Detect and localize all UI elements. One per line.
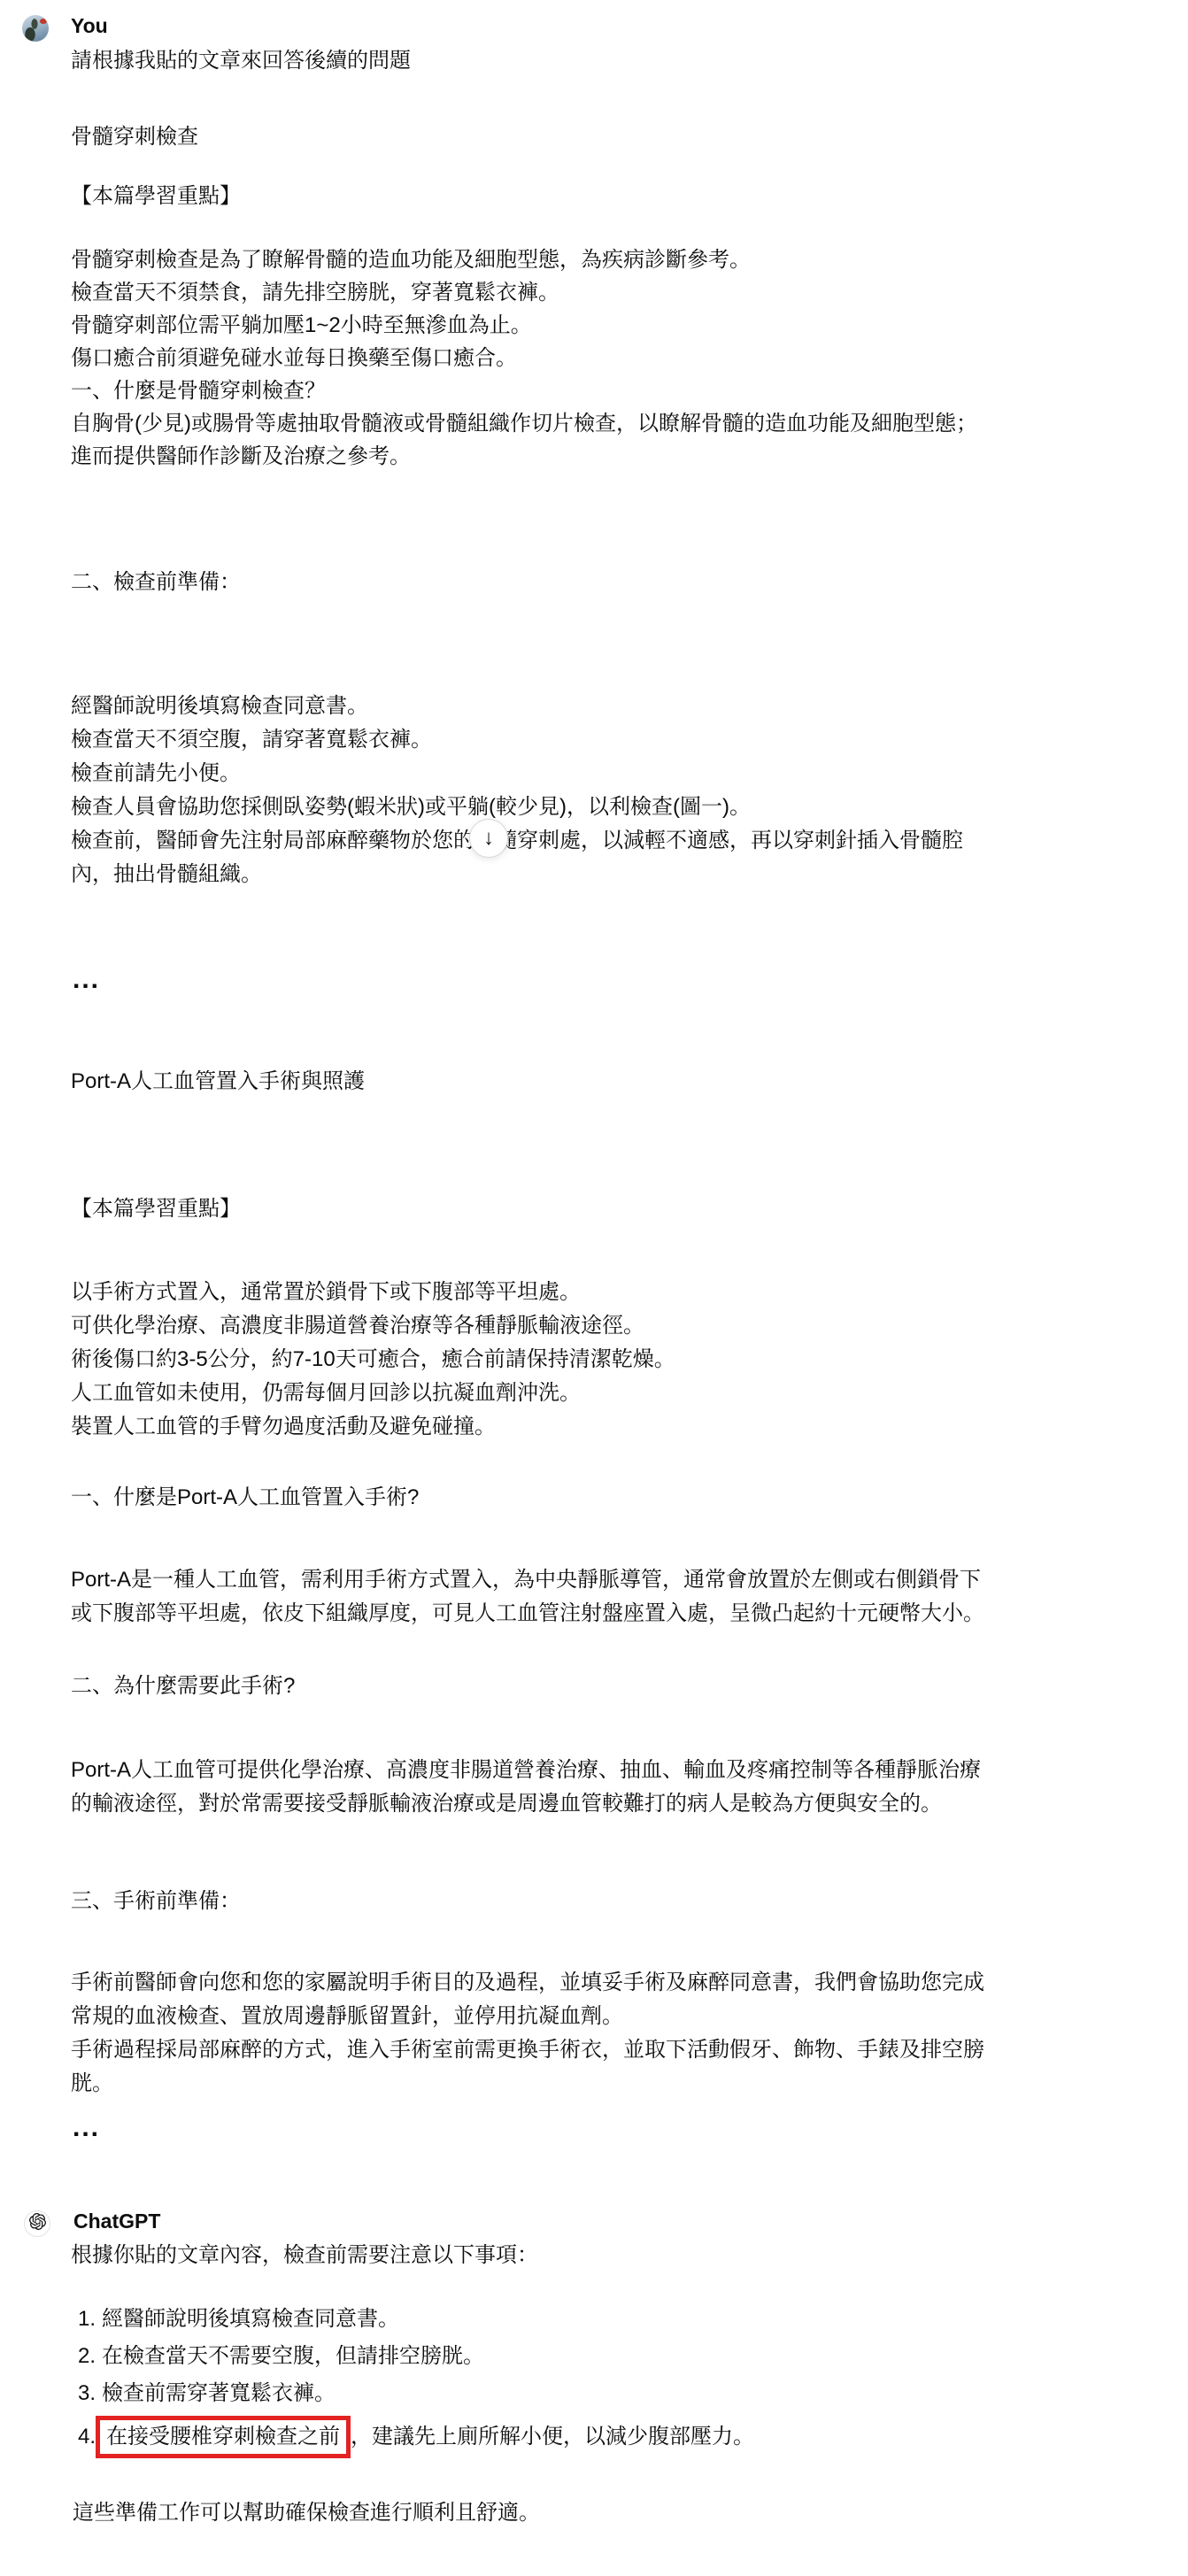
article-line: 手術過程採局部麻醉的方式，進入手術室前需更換手術衣，並取下活動假牙、飾物、手錶及… [71,2034,984,2066]
article-line: 胱。 [71,2068,113,2100]
article-line: 或下腹部等平坦處，依皮下組織厚度，可見人工血管注射盤座置入處，呈微凸起約十元硬幣… [71,1598,984,1630]
assistant-avatar [24,2210,50,2237]
article-section-heading: 一、什麼是骨髓穿刺檢查？ [71,375,326,407]
article-line: 檢查前請先小便。 [71,758,241,790]
article-keypoints-1: 【本篇學習重點】 [71,181,241,212]
article-line: 骨髓穿刺部位需平躺加壓1~2小時至無滲血為止。 [71,310,532,342]
user-intro-line: 請根據我貼的文章來回答後續的問題 [71,45,411,77]
article-line: 的輸液途徑，對於常需要接受靜脈輸液治療或是周邊血管較難打的病人是較為方便與安全的… [71,1788,942,1820]
article-line: 經醫師說明後填寫檢查同意書。 [71,690,368,722]
article-line: 自胸骨(少見)或腸骨等處抽取骨髓液或骨髓組織作切片檢查，以瞭解骨髓的造血功能及細… [71,408,977,440]
list-item-3: 3. 檢查前需穿著寬鬆衣褲。 [78,2378,336,2410]
article-line: Port-A是一種人工血管，需利用手術方式置入，為中央靜脈導管，通常會放置於左側… [71,1564,981,1596]
article-title-2: Port-A人工血管置入手術與照護 [71,1066,365,1098]
list-item-text: 在檢查當天不需要空腹，但請排空膀胱。 [102,2341,484,2372]
user-role-label: You [71,14,108,38]
user-avatar [22,15,49,42]
article-section-heading: 二、檢查前準備： [71,567,241,598]
assistant-outro: 這些準備工作可以幫助確保檢查進行順利且舒適。 [73,2497,540,2529]
article-section-heading: 二、為什麼需要此手術? [71,1670,295,1702]
list-item-number: 1. [78,2303,102,2335]
arrow-down-icon: ↓ [483,828,494,849]
article-title-1: 骨髓穿刺檢查 [71,121,198,153]
assistant-role-label: ChatGPT [73,2210,160,2233]
article-line: 內，抽出骨髓組織。 [71,859,262,891]
article-line: 傷口癒合前須避免碰水並每日換藥至傷口癒合。 [71,343,517,374]
article-line: 骨髓穿刺檢查是為了瞭解骨髓的造血功能及細胞型態，為疾病診斷參考。 [71,244,751,276]
scroll-to-bottom-button[interactable]: ↓ [469,819,508,858]
article-section-heading: 三、手術前準備： [71,1886,241,1917]
article-line: 檢查人員會協助您採側臥姿勢(蝦米狀)或平躺(較少見)，以利檢查(圖一)。 [71,791,751,823]
article-line: 手術前醫師會向您和您的家屬說明手術目的及過程，並填妥手術及麻醉同意書，我們會協助… [71,1967,984,1999]
ellipsis-separator: ... [73,2113,100,2143]
article-section-heading: 一、什麼是Port-A人工血管置入手術? [71,1482,419,1514]
article-line: 可供化學治療、高濃度非腸道營養治療等各種靜脈輸液途徑。 [71,1310,644,1342]
article-line: 檢查當天不須空腹，請穿著寬鬆衣褲。 [71,724,432,756]
list-item-number: 3. [78,2378,102,2410]
article-line: 術後傷口約3-5公分，約7-10天可癒合，癒合前請保持清潔乾燥。 [71,1344,675,1376]
openai-logo-icon [29,2213,46,2234]
article-line: Port-A人工血管可提供化學治療、高濃度非腸道營養治療、抽血、輸血及疼痛控制等… [71,1755,981,1786]
chat-conversation: You 請根據我貼的文章來回答後續的問題 骨髓穿刺檢查 【本篇學習重點】 骨髓穿… [0,0,1188,2576]
article-keypoints-2: 【本篇學習重點】 [71,1193,241,1225]
article-line: 檢查當天不須禁食，請先排空膀胱，穿著寬鬆衣褲。 [71,277,559,309]
list-item-1: 1. 經醫師說明後填寫檢查同意書。 [78,2303,399,2335]
article-line: 常規的血液檢查、置放周邊靜脈留置針，並停用抗凝血劑。 [71,2001,623,2032]
list-item-text: ，建議先上廁所解小便，以減少腹部壓力。 [351,2421,754,2453]
list-item-text: 經醫師說明後填寫檢查同意書。 [102,2303,399,2335]
ellipsis-separator: ... [73,965,100,995]
list-item-2: 2. 在檢查當天不需要空腹，但請排空膀胱。 [78,2341,484,2372]
article-line: 進而提供醫師作診斷及治療之參考。 [71,441,411,473]
assistant-intro: 根據你貼的文章內容，檢查前需要注意以下事項： [71,2240,538,2271]
list-item-text: 檢查前需穿著寬鬆衣褲。 [102,2378,336,2410]
article-line: 以手術方式置入，通常置於鎖骨下或下腹部等平坦處。 [71,1276,581,1308]
highlight-box: 在接受腰椎穿刺檢查之前 [96,2416,351,2458]
list-item-4: 4. 在接受腰椎穿刺檢查之前 ，建議先上廁所解小便，以減少腹部壓力。 [78,2416,754,2458]
article-line: 人工血管如未使用，仍需每個月回診以抗凝血劑沖洗。 [71,1377,581,1409]
article-line: 裝置人工血管的手臂勿過度活動及避免碰撞。 [71,1411,496,1443]
article-line: 檢查前，醫師會先注射局部麻醉藥物於您的骨髓穿刺處，以減輕不適感，再以穿刺針插入骨… [71,825,963,857]
list-item-number: 2. [78,2341,102,2372]
